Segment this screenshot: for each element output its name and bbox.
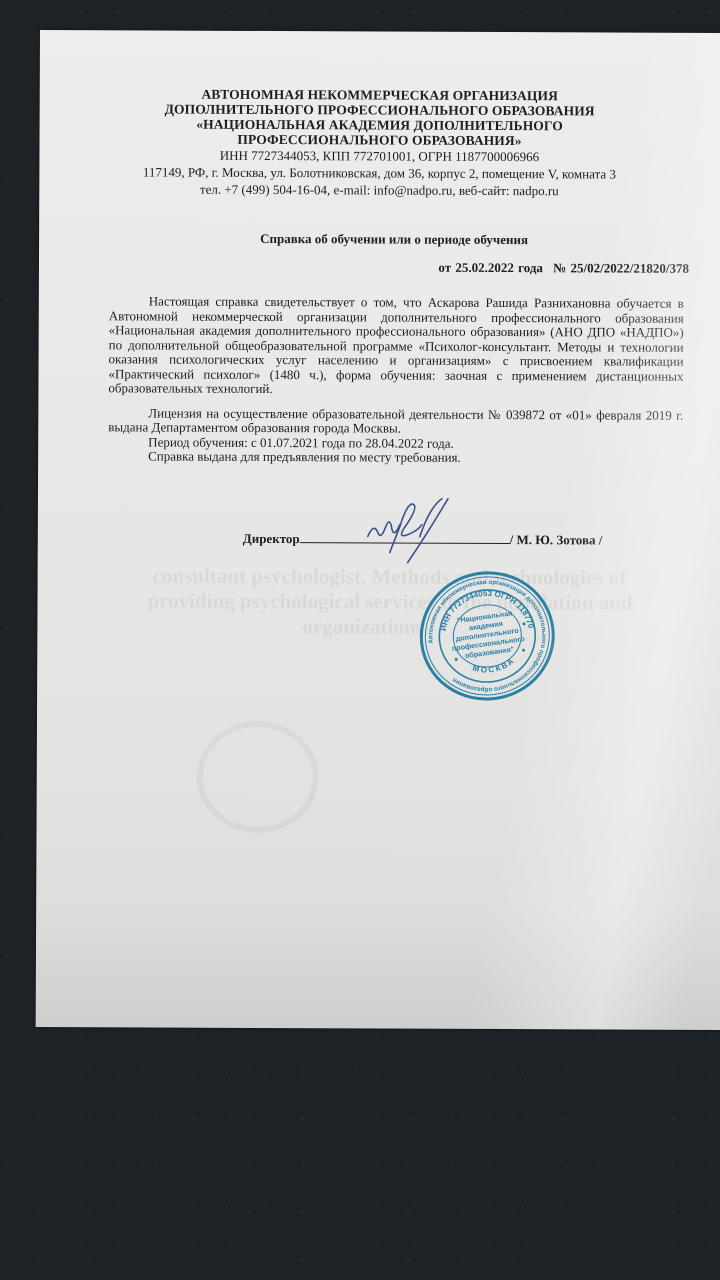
issue-purpose: Справка выдана для предъявления по месту…	[108, 449, 683, 466]
bleed-through-line: providing psychological services to the …	[147, 588, 632, 615]
document-number: № 25/02/2022/21820/378	[553, 260, 689, 276]
document-title: Справка об обучении или о периоде обучен…	[39, 230, 719, 249]
org-address: 117149, РФ, г. Москва, ул. Болотниковска…	[59, 163, 699, 183]
document-body: Настоящая справка свидетельствует о том,…	[108, 294, 684, 466]
document-date: от 25.02.2022 года	[438, 260, 543, 275]
certificate-paragraph: Настоящая справка свидетельствует о том,…	[108, 294, 683, 398]
signer-role: Директор	[243, 531, 300, 546]
document-date-number: от 25.02.2022 года № 25/02/2022/21820/37…	[438, 260, 689, 277]
handwritten-signature-icon	[360, 496, 470, 571]
signature-block: Директор / М. Ю. Зотова /	[243, 530, 603, 549]
license-paragraph: Лицензия на осуществление образовательно…	[108, 406, 683, 438]
org-contacts: тел. +7 (499) 504-16-04, e-mail: info@na…	[99, 180, 659, 199]
org-name-line: ДОПОЛНИТЕЛЬНОГО ПРОФЕССИОНАЛЬНОГО ОБРАЗО…	[100, 101, 660, 118]
bleed-through-line: organizations	[302, 614, 423, 640]
bleed-through-seal	[196, 721, 318, 834]
signature-line	[300, 530, 510, 544]
letterhead: АВТОНОМНАЯ НЕКОММЕРЧЕСКАЯ ОРГАНИЗАЦИЯ ДО…	[99, 86, 659, 199]
official-seal-stamp-icon: Автономная некоммерческая организация до…	[409, 560, 566, 713]
document-page: consultant psychologist. Methods and tec…	[36, 30, 720, 1030]
signer-name: / М. Ю. Зотова /	[510, 532, 603, 547]
